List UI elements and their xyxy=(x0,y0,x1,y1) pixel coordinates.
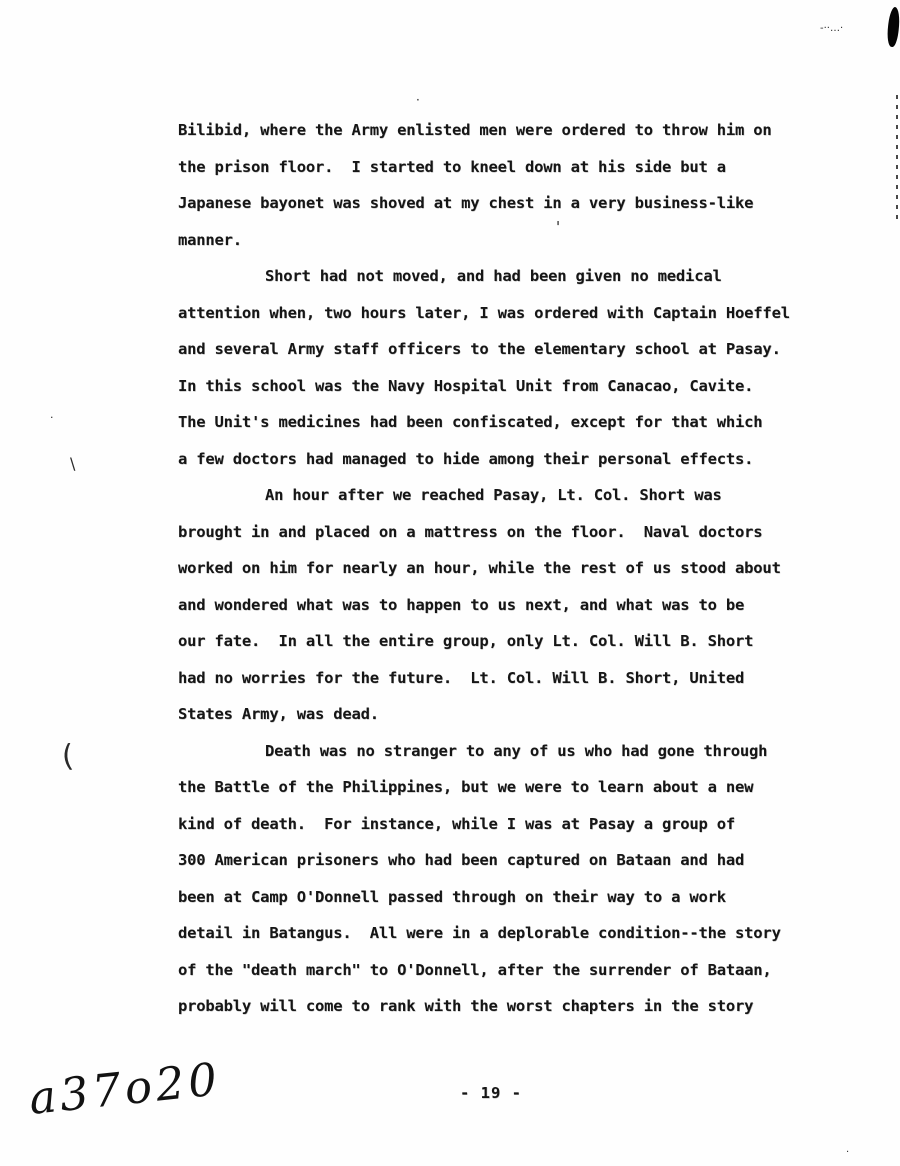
text-line: the Battle of the Philippines, but we we… xyxy=(178,769,818,806)
text-line: detail in Batangus. All were in a deplor… xyxy=(178,915,818,952)
stray-mark: · xyxy=(416,94,420,106)
scan-edge-artifact xyxy=(896,95,898,220)
stray-mark: · xyxy=(846,1148,849,1158)
text-line: An hour after we reached Pasay, Lt. Col.… xyxy=(178,477,818,514)
text-line: Japanese bayonet was shoved at my chest … xyxy=(178,185,818,222)
text-line: probably will come to rank with the wors… xyxy=(178,988,818,1025)
text-line: Death was no stranger to any of us who h… xyxy=(178,733,818,770)
text-line: kind of death. For instance, while I was… xyxy=(178,806,818,843)
text-line: of the "death march" to O'Donnell, after… xyxy=(178,952,818,989)
text-line: our fate. In all the entire group, only … xyxy=(178,623,818,660)
text-line: Bilibid, where the Army enlisted men wer… xyxy=(178,112,818,149)
text-line: brought in and placed on a mattress on t… xyxy=(178,514,818,551)
stray-mark: ( xyxy=(61,742,75,773)
text-line: The Unit's medicines had been confiscate… xyxy=(178,404,818,441)
typewritten-text: Bilibid, where the Army enlisted men wer… xyxy=(178,112,818,1025)
text-line: the prison floor. I started to kneel dow… xyxy=(178,149,818,186)
ink-blot-artifact xyxy=(886,6,900,47)
stray-mark: · xyxy=(50,412,54,423)
handwritten-archive-code: a37o20 xyxy=(26,1052,223,1125)
text-line: a few doctors had managed to hide among … xyxy=(178,441,818,478)
text-line: attention when, two hours later, I was o… xyxy=(178,295,818,332)
text-line: worked on him for nearly an hour, while … xyxy=(178,550,818,587)
stray-mark: \ xyxy=(70,456,75,472)
text-line: been at Camp O'Donnell passed through on… xyxy=(178,879,818,916)
stray-mark: -··…· xyxy=(820,24,843,34)
text-line: Short had not moved, and had been given … xyxy=(178,258,818,295)
text-line: In this school was the Navy Hospital Uni… xyxy=(178,368,818,405)
text-line: and several Army staff officers to the e… xyxy=(178,331,818,368)
text-line: manner. xyxy=(178,222,818,259)
text-line: and wondered what was to happen to us ne… xyxy=(178,587,818,624)
scanned-document-page: Bilibid, where the Army enlisted men wer… xyxy=(0,0,900,1166)
text-line: States Army, was dead. xyxy=(178,696,818,733)
text-line: 300 American prisoners who had been capt… xyxy=(178,842,818,879)
text-line: had no worries for the future. Lt. Col. … xyxy=(178,660,818,697)
